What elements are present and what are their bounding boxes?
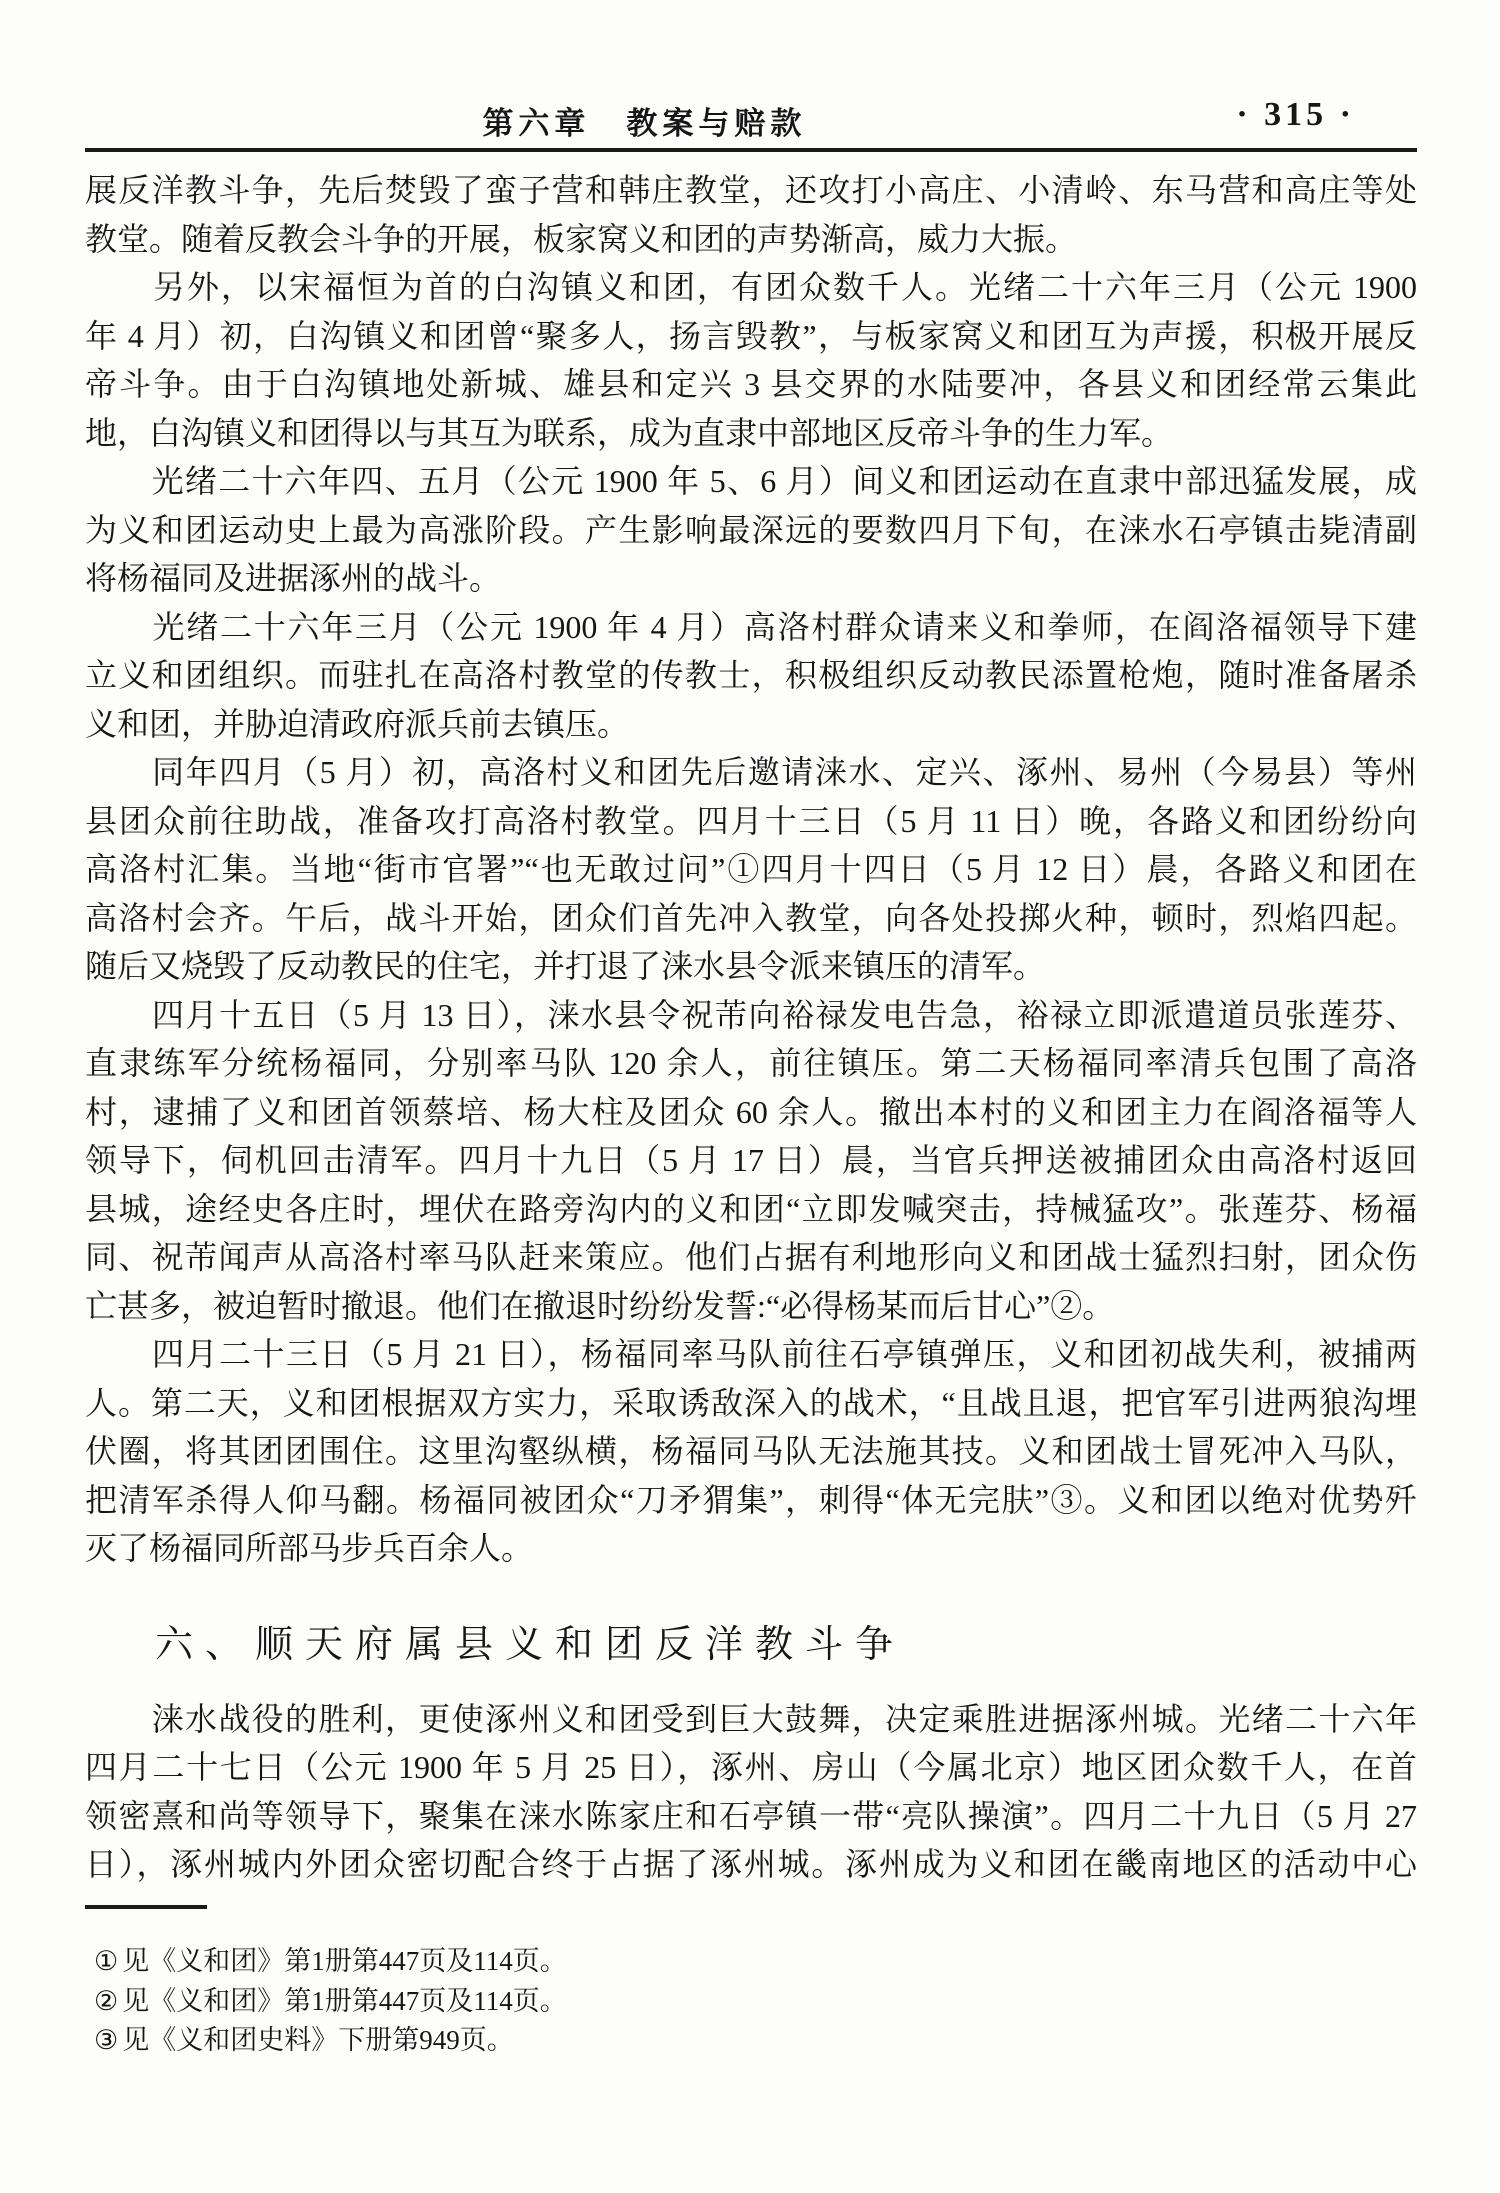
text-line: 伏圈，将其团团围住。这里沟壑纵横，杨福同马队无法施其技。义和团战士冒死冲入马队， — [85, 1427, 1417, 1476]
section-heading: 六、顺天府属县义和团反洋教斗争 — [85, 1619, 1417, 1671]
text-line: 县团众前往助战，准备攻打高洛村教堂。四月十三日（5 月 11 日）晚，各路义和团… — [85, 797, 1417, 846]
text-line: 光绪二十六年三月（公元 1900 年 4 月）高洛村群众请来义和拳师，在阎洛福领… — [85, 603, 1417, 652]
book-page: 第六章 教案与赔款 · 315 · 展反洋教斗争，先后焚毁了蛮子营和韩庄教堂，还… — [0, 0, 1500, 2193]
text-line: 四月二十七日（公元 1900 年 5 月 25 日），涿州、房山（今属北京）地区… — [85, 1743, 1417, 1792]
paragraph: 另外，以宋福恒为首的白沟镇义和团，有团众数千人。光绪二十六年三月（公元 1900… — [85, 263, 1417, 457]
text-line: 光绪二十六年四、五月（公元 1900 年 5、6 月）间义和团运动在直隶中部迅猛… — [85, 457, 1417, 506]
text-line: 县城，途经史各庄时，埋伏在路旁沟内的义和团“立即发喊突击，持械猛攻”。张莲芬、杨… — [85, 1185, 1417, 1234]
footnote-separator — [85, 1905, 207, 1909]
footnote-text: 见《义和团》第1册第447页及114页。 — [122, 1986, 567, 2016]
footnote-text: 见《义和团史料》下册第949页。 — [122, 2025, 514, 2055]
text-line: 为义和团运动史上最为高涨阶段。产生影响最深远的要数四月下旬，在涞水石亭镇击毙清副 — [85, 506, 1417, 555]
text-line: 同、祝芾闻声从高洛村率马队赶来策应。他们占据有利地形向义和团战士猛烈扫射，团众伤 — [85, 1233, 1417, 1282]
text-line: 随后又烧毁了反动教民的住宅，并打退了涞水县令派来镇压的清军。 — [85, 942, 1417, 991]
text-line: 村，逮捕了义和团首领蔡培、杨大柱及团众 60 余人。撤出本村的义和团主力在阎洛福… — [85, 1088, 1417, 1137]
footnote-list: ①见《义和团》第1册第447页及114页。②见《义和团》第1册第447页及114… — [94, 1942, 1394, 2061]
text-line: 展反洋教斗争，先后焚毁了蛮子营和韩庄教堂，还攻打小高庄、小清岭、东马营和高庄等处 — [85, 166, 1417, 215]
text-line: 教堂。随着反教会斗争的开展，板家窝义和团的声势渐高，威力大振。 — [85, 215, 1417, 264]
text-line: 另外，以宋福恒为首的白沟镇义和团，有团众数千人。光绪二十六年三月（公元 1900 — [85, 263, 1417, 312]
text-line: 四月二十三日（5 月 21 日），杨福同率马队前往石亭镇弹压，义和团初战失利，被… — [85, 1330, 1417, 1379]
text-line: 高洛村会齐。午后，战斗开始，团众们首先冲入教堂，向各处投掷火种，顿时，烈焰四起。 — [85, 894, 1417, 943]
text-line: 领导下，伺机回击清军。四月十九日（5 月 17 日）晨，当官兵押送被捕团众由高洛… — [85, 1136, 1417, 1185]
text-line: 义和团，并胁迫清政府派兵前去镇压。 — [85, 700, 1417, 749]
body-text: 展反洋教斗争，先后焚毁了蛮子营和韩庄教堂，还攻打小高庄、小清岭、东马营和高庄等处… — [85, 166, 1417, 1889]
footnote-item: ②见《义和团》第1册第447页及114页。 — [94, 1982, 1394, 2022]
text-line: 年 4 月）初，白沟镇义和团曾“聚多人，扬言毁教”，与板家窝义和团互为声援，积极… — [85, 312, 1417, 361]
text-line: 领密熹和尚等领导下，聚集在涞水陈家庄和石亭镇一带“亮队操演”。四月二十九日（5 … — [85, 1792, 1417, 1841]
text-line: 四月十五日（5 月 13 日），涞水县令祝芾向裕禄发电告急，裕禄立即派遣道员张莲… — [85, 991, 1417, 1040]
text-line: 直隶练军分统杨福同，分别率马队 120 余人，前往镇压。第二天杨福同率清兵包围了… — [85, 1039, 1417, 1088]
page-header: 第六章 教案与赔款 · 315 · — [85, 96, 1417, 140]
text-line: 涞水战役的胜利，更使涿州义和团受到巨大鼓舞，决定乘胜进据涿州城。光绪二十六年 — [85, 1695, 1417, 1744]
text-line: 同年四月（5 月）初，高洛村义和团先后邀请涞水、定兴、涿州、易州（今易县）等州 — [85, 748, 1417, 797]
paragraph: 光绪二十六年三月（公元 1900 年 4 月）高洛村群众请来义和拳师，在阎洛福领… — [85, 603, 1417, 749]
text-line: 日），涿州城内外团众密切配合终于占据了涿州城。涿州成为义和团在畿南地区的活动中心 — [85, 1840, 1417, 1889]
footnote-marker: ① — [94, 1946, 118, 1976]
footnote-item: ③见《义和团史料》下册第949页。 — [94, 2021, 1394, 2061]
text-line: 将杨福同及进据涿州的战斗。 — [85, 554, 1417, 603]
chapter-title: 第六章 教案与赔款 — [482, 98, 806, 143]
text-line: 人。第二天，义和团根据双方实力，采取诱敌深入的战术，“且战且退，把官军引进两狼沟… — [85, 1379, 1417, 1428]
footnote-marker: ② — [94, 1986, 118, 2016]
footnote-marker: ③ — [94, 2025, 118, 2055]
footnote-text: 见《义和团》第1册第447页及114页。 — [122, 1946, 567, 1976]
paragraph: 涞水战役的胜利，更使涿州义和团受到巨大鼓舞，决定乘胜进据涿州城。光绪二十六年四月… — [85, 1695, 1417, 1889]
text-line: 帝斗争。由于白沟镇地处新城、雄县和定兴 3 县交界的水陆要冲，各县义和团经常云集… — [85, 360, 1417, 409]
page-number: · 315 · — [1236, 96, 1355, 134]
text-line: 立义和团组织。而驻扎在高洛村教堂的传教士，积极组织反动教民添置枪炮，随时准备屠杀 — [85, 651, 1417, 700]
text-line: 把清军杀得人仰马翻。杨福同被团众“刀矛猬集”，刺得“体无完肤”③。义和团以绝对优… — [85, 1476, 1417, 1525]
paragraph: 光绪二十六年四、五月（公元 1900 年 5、6 月）间义和团运动在直隶中部迅猛… — [85, 457, 1417, 603]
text-line: 高洛村汇集。当地“街市官署”“也无敢过问”①四月十四日（5 月 12 日）晨，各… — [85, 845, 1417, 894]
footnote-item: ①见《义和团》第1册第447页及114页。 — [94, 1942, 1394, 1982]
text-line: 亡甚多，被迫暂时撤退。他们在撤退时纷纷发誓:“必得杨某而后甘心”②。 — [85, 1282, 1417, 1331]
paragraph: 展反洋教斗争，先后焚毁了蛮子营和韩庄教堂，还攻打小高庄、小清岭、东马营和高庄等处… — [85, 166, 1417, 263]
paragraph: 四月十五日（5 月 13 日），涞水县令祝芾向裕禄发电告急，裕禄立即派遣道员张莲… — [85, 991, 1417, 1331]
paragraph: 同年四月（5 月）初，高洛村义和团先后邀请涞水、定兴、涿州、易州（今易县）等州县… — [85, 748, 1417, 991]
text-line: 地，白沟镇义和团得以与其互为联系，成为直隶中部地区反帝斗争的生力军。 — [85, 409, 1417, 458]
paragraph: 四月二十三日（5 月 21 日），杨福同率马队前往石亭镇弹压，义和团初战失利，被… — [85, 1330, 1417, 1573]
header-rule — [85, 148, 1417, 152]
text-line: 灭了杨福同所部马步兵百余人。 — [85, 1524, 1417, 1573]
